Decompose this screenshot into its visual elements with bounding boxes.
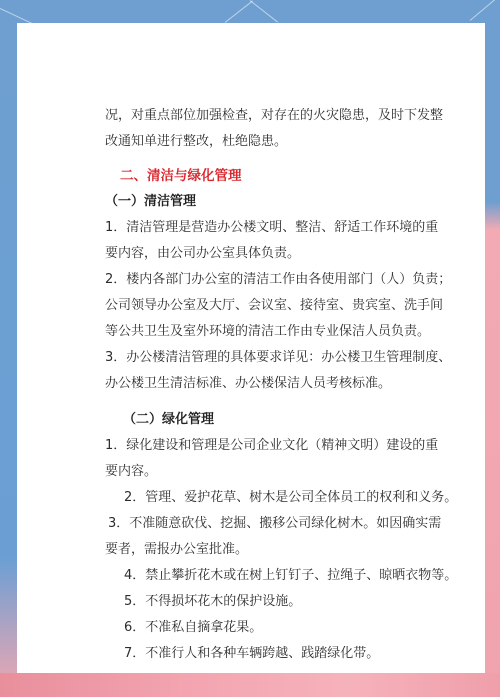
paragraph-line: 4．禁止攀折花木或在树上钉钉子、拉绳子、晾晒衣物等。 [105, 563, 445, 589]
background-right-strip [485, 0, 500, 697]
paragraph-line: 7．不准行人和各种车辆跨越、践踏绿化带。 [105, 641, 445, 667]
paragraph-line: 3．不准随意砍伐、挖掘、搬移公司绿化树木。如因确实需 [105, 511, 445, 537]
section-title: 二、清洁与绿化管理 [105, 163, 445, 189]
subsection-title-cleaning: （一）清洁管理 [105, 189, 445, 215]
paragraph-line: 3．办公楼清洁管理的具体要求详见：办公楼卫生管理制度、 [105, 345, 445, 371]
paragraph-line: 要内容，由公司办公室具体负责。 [105, 241, 445, 267]
document-content: 况，对重点部位加强检查，对存在的火灾隐患，及时下发整 改通知单进行整改，杜绝隐患… [105, 103, 445, 667]
paragraph-line: 办公楼卫生清洁标准、办公楼保洁人员考核标准。 [105, 371, 445, 397]
subsection-title-greening: （二）绿化管理 [105, 407, 445, 433]
paragraph-line: 2．管理、爱护花草、树木是公司全体员工的权利和义务。 [105, 485, 445, 511]
background-left-strip [0, 0, 17, 697]
paragraph-line: 1．清洁管理是营造办公楼文明、整洁、舒适工作环境的重 [105, 215, 445, 241]
paragraph-line: 6．不准私自摘拿花果。 [105, 615, 445, 641]
paragraph-line: 要内容。 [105, 459, 445, 485]
paragraph-line: 5．不得损坏花木的保护设施。 [105, 589, 445, 615]
document-page: 况，对重点部位加强检查，对存在的火灾隐患，及时下发整 改通知单进行整改，杜绝隐患… [17, 23, 485, 673]
paragraph-line: 等公共卫生及室外环境的清洁工作由专业保洁人员负责。 [105, 319, 445, 345]
paragraph-line: 2．楼内各部门办公室的清洁工作由各使用部门（人）负责； [105, 267, 445, 293]
decorative-line [250, 0, 278, 22]
paragraph-line: 要者，需报办公室批准。 [105, 537, 445, 563]
paragraph-line: 公司领导办公室及大厅、会议室、接待室、贵宾室、洗手间 [105, 293, 445, 319]
paragraph-line: 改通知单进行整改，杜绝隐患。 [105, 129, 445, 155]
paragraph-line: 1．绿化建设和管理是公司企业文化（精神文明）建设的重 [105, 433, 445, 459]
decorative-line [225, 1, 253, 23]
paragraph-line: 况，对重点部位加强检查，对存在的火灾隐患，及时下发整 [105, 103, 445, 129]
background-bottom-strip [0, 673, 500, 697]
